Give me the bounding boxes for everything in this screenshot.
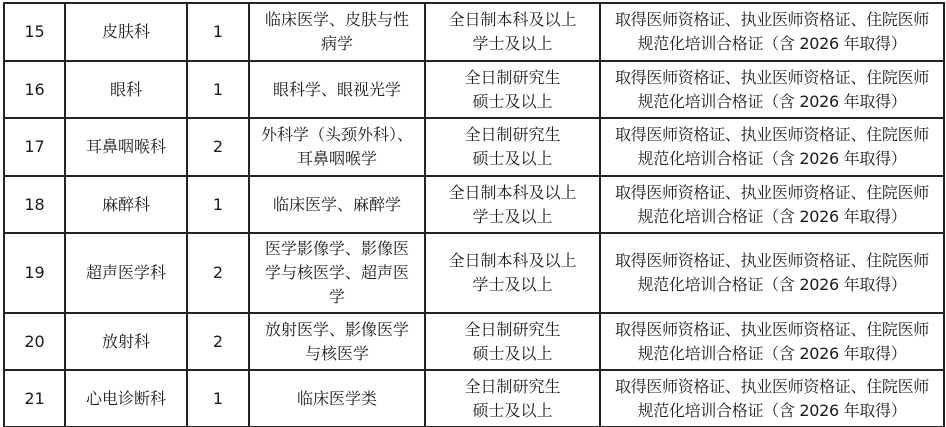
cell-number: 16 <box>4 61 65 118</box>
cell-major-line: 临床医学、麻醉学 <box>254 193 420 217</box>
cell-major-line: 放射医学、影像医学 <box>254 318 420 342</box>
cell-major: 医学影像学、影像医学与核医学、超声医学 <box>249 233 425 313</box>
cell-education-line: 学士及以上 <box>430 205 595 229</box>
cell-requirement: 取得医师资格证、执业医师资格证、住院医师规范化培训合格证（含 2026 年取得） <box>600 313 944 370</box>
cell-major: 放射医学、影像医学与核医学 <box>249 313 425 370</box>
cell-requirement: 取得医师资格证、执业医师资格证、住院医师规范化培训合格证（含 2026 年取得） <box>600 61 944 118</box>
cell-education: 全日制研究生硕士及以上 <box>425 313 600 370</box>
table-row: 19超声医学科2医学影像学、影像医学与核医学、超声医学全日制本科及以上学士及以上… <box>4 233 944 313</box>
cell-major-line: 临床医学类 <box>254 387 420 411</box>
cell-education-line: 全日制本科及以上 <box>430 249 595 273</box>
cell-major-line: 外科学（头颈外科）、 <box>254 123 420 147</box>
cell-requirement: 取得医师资格证、执业医师资格证、住院医师规范化培训合格证（含 2026 年取得） <box>600 176 944 233</box>
cell-count: 1 <box>187 370 249 427</box>
cell-education-line: 全日制研究生 <box>430 318 595 342</box>
cell-education-line: 硕士及以上 <box>430 90 595 114</box>
cell-requirement-line: 取得医师资格证、执业医师资格证、住院医师 <box>605 181 939 205</box>
table-row: 21心电诊断科1临床医学类全日制研究生硕士及以上取得医师资格证、执业医师资格证、… <box>4 370 944 427</box>
cell-department: 皮肤科 <box>65 3 187 61</box>
cell-count: 2 <box>187 233 249 313</box>
cell-requirement-line: 规范化培训合格证（含 2026 年取得） <box>605 205 939 229</box>
cell-major: 眼科学、眼视光学 <box>249 61 425 118</box>
cell-education-line: 全日制本科及以上 <box>430 8 595 32</box>
cell-major: 临床医学类 <box>249 370 425 427</box>
cell-count: 2 <box>187 313 249 370</box>
cell-major: 外科学（头颈外科）、耳鼻咽喉学 <box>249 118 425 176</box>
cell-count: 2 <box>187 118 249 176</box>
cell-major-line: 病学 <box>254 32 420 56</box>
cell-department: 麻醉科 <box>65 176 187 233</box>
cell-education-line: 学士及以上 <box>430 273 595 297</box>
table-body: 15皮肤科1临床医学、皮肤与性病学全日制本科及以上学士及以上取得医师资格证、执业… <box>4 3 944 427</box>
cell-major: 临床医学、麻醉学 <box>249 176 425 233</box>
cell-major-line: 学与核医学、超声医 <box>254 261 420 285</box>
cell-requirement-line: 取得医师资格证、执业医师资格证、住院医师 <box>605 249 939 273</box>
cell-education: 全日制研究生硕士及以上 <box>425 61 600 118</box>
cell-number: 18 <box>4 176 65 233</box>
cell-requirement: 取得医师资格证、执业医师资格证、住院医师规范化培训合格证（含 2026 年取得） <box>600 370 944 427</box>
cell-education: 全日制本科及以上学士及以上 <box>425 233 600 313</box>
cell-number: 17 <box>4 118 65 176</box>
cell-department: 耳鼻咽喉科 <box>65 118 187 176</box>
cell-requirement-line: 取得医师资格证、执业医师资格证、住院医师 <box>605 375 939 399</box>
cell-department: 放射科 <box>65 313 187 370</box>
cell-major-line: 医学影像学、影像医 <box>254 237 420 261</box>
cell-major: 临床医学、皮肤与性病学 <box>249 3 425 61</box>
cell-education-line: 硕士及以上 <box>430 147 595 171</box>
cell-education-line: 学士及以上 <box>430 32 595 56</box>
recruitment-table: 15皮肤科1临床医学、皮肤与性病学全日制本科及以上学士及以上取得医师资格证、执业… <box>3 2 945 427</box>
cell-department: 超声医学科 <box>65 233 187 313</box>
cell-requirement-line: 取得医师资格证、执业医师资格证、住院医师 <box>605 318 939 342</box>
cell-requirement-line: 规范化培训合格证（含 2026 年取得） <box>605 32 939 56</box>
cell-requirement-line: 规范化培训合格证（含 2026 年取得） <box>605 147 939 171</box>
cell-education: 全日制研究生硕士及以上 <box>425 370 600 427</box>
cell-count: 1 <box>187 3 249 61</box>
cell-requirement-line: 规范化培训合格证（含 2026 年取得） <box>605 342 939 366</box>
cell-requirement-line: 取得医师资格证、执业医师资格证、住院医师 <box>605 123 939 147</box>
cell-department: 心电诊断科 <box>65 370 187 427</box>
cell-number: 19 <box>4 233 65 313</box>
cell-education: 全日制本科及以上学士及以上 <box>425 3 600 61</box>
cell-requirement-line: 规范化培训合格证（含 2026 年取得） <box>605 399 939 423</box>
table-row: 16眼科1眼科学、眼视光学全日制研究生硕士及以上取得医师资格证、执业医师资格证、… <box>4 61 944 118</box>
cell-requirement-line: 取得医师资格证、执业医师资格证、住院医师 <box>605 66 939 90</box>
cell-education-line: 全日制研究生 <box>430 123 595 147</box>
cell-education-line: 硕士及以上 <box>430 399 595 423</box>
cell-count: 1 <box>187 61 249 118</box>
cell-requirement-line: 规范化培训合格证（含 2026 年取得） <box>605 273 939 297</box>
cell-major-line: 与核医学 <box>254 342 420 366</box>
cell-education: 全日制研究生硕士及以上 <box>425 118 600 176</box>
cell-department: 眼科 <box>65 61 187 118</box>
table-row: 17耳鼻咽喉科2外科学（头颈外科）、耳鼻咽喉学全日制研究生硕士及以上取得医师资格… <box>4 118 944 176</box>
cell-major-line: 眼科学、眼视光学 <box>254 78 420 102</box>
cell-requirement-line: 取得医师资格证、执业医师资格证、住院医师 <box>605 8 939 32</box>
cell-requirement: 取得医师资格证、执业医师资格证、住院医师规范化培训合格证（含 2026 年取得） <box>600 233 944 313</box>
cell-education-line: 全日制研究生 <box>430 375 595 399</box>
table-row: 18麻醉科1临床医学、麻醉学全日制本科及以上学士及以上取得医师资格证、执业医师资… <box>4 176 944 233</box>
cell-major-line: 学 <box>254 285 420 309</box>
cell-number: 15 <box>4 3 65 61</box>
cell-requirement-line: 规范化培训合格证（含 2026 年取得） <box>605 90 939 114</box>
table-row: 20放射科2放射医学、影像医学与核医学全日制研究生硕士及以上取得医师资格证、执业… <box>4 313 944 370</box>
cell-count: 1 <box>187 176 249 233</box>
cell-education-line: 硕士及以上 <box>430 342 595 366</box>
cell-number: 20 <box>4 313 65 370</box>
table-row: 15皮肤科1临床医学、皮肤与性病学全日制本科及以上学士及以上取得医师资格证、执业… <box>4 3 944 61</box>
cell-major-line: 临床医学、皮肤与性 <box>254 8 420 32</box>
cell-education: 全日制本科及以上学士及以上 <box>425 176 600 233</box>
cell-education-line: 全日制研究生 <box>430 66 595 90</box>
cell-number: 21 <box>4 370 65 427</box>
cell-major-line: 耳鼻咽喉学 <box>254 147 420 171</box>
cell-requirement: 取得医师资格证、执业医师资格证、住院医师规范化培训合格证（含 2026 年取得） <box>600 118 944 176</box>
cell-requirement: 取得医师资格证、执业医师资格证、住院医师规范化培训合格证（含 2026 年取得） <box>600 3 944 61</box>
cell-education-line: 全日制本科及以上 <box>430 181 595 205</box>
